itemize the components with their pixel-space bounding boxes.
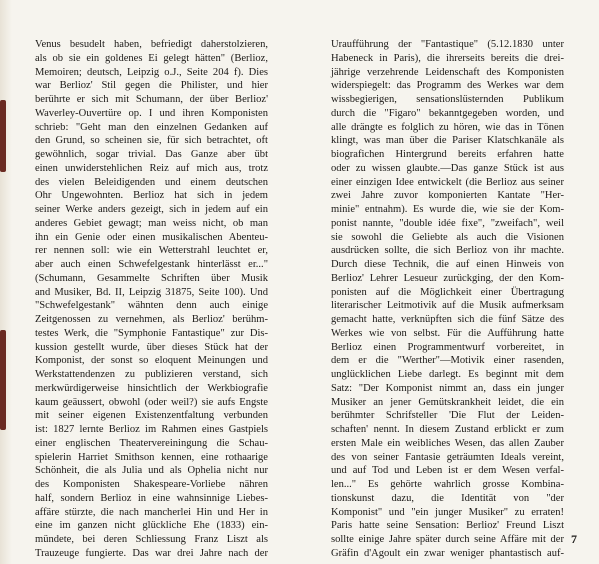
text-line: literarischer Leitmotivik auf die Musik … xyxy=(331,299,564,313)
text-line: Berlioz' Lehrer Lesueur zurückging, der … xyxy=(331,272,564,286)
text-line: gemacht hatte, verknüpften sich die fünf… xyxy=(331,313,564,327)
text-line: berühmter Schrifsteller 'Die Flut der Le… xyxy=(331,409,564,423)
text-line: ihn ein Genie oder einen musikalischen A… xyxy=(35,231,268,245)
text-line: kaum geäussert, obwohl (oder weil?) sie … xyxy=(35,396,268,410)
text-line: mündete, bei deren Schliessung Franz Lis… xyxy=(35,533,268,547)
text-line: Satz: "Der Komponist nimmt an, dass ein … xyxy=(331,382,564,396)
text-line: sollte einige Jahre später durch seine A… xyxy=(331,533,564,547)
text-line: tionskunst dazu, die Identität von "der xyxy=(331,492,564,506)
text-line: "Schwefelgestank" wähnten denn auch eini… xyxy=(35,299,268,313)
page-binding-edge xyxy=(0,0,12,564)
binding-mark xyxy=(0,330,6,430)
text-line: mit seiner eigenen Existenzentfaltung ve… xyxy=(35,409,268,423)
text-line: sie sowohl die Geliebte als auch die Vis… xyxy=(331,231,564,245)
text-line: Berlioz einen Programmentwurf vorbereite… xyxy=(331,341,564,355)
text-line: unglücklichen Liebe darlegt. Es beginnt … xyxy=(331,368,564,382)
text-line: durch die "Figaro" bekanntgegeben worden… xyxy=(331,107,564,121)
text-line: Schönheit, die als Julia und als Ophelia… xyxy=(35,464,268,478)
text-line: ist: 1827 lernte Berlioz im Rahmen eines… xyxy=(35,423,268,437)
text-line: zwei Jahre zuvor komponierten Kantate "H… xyxy=(331,189,564,203)
text-line: Komponist" und "ein junger Musiker" zu e… xyxy=(331,506,564,520)
text-line: des vielen Beleidigenden und einem deuts… xyxy=(35,176,268,190)
text-line: oder zu wissen glaubte.—Das ganze Stück … xyxy=(331,162,564,176)
text-line: minie" entnahm). Es wurde die, wie sie d… xyxy=(331,203,564,217)
text-line: testes Werk, die "Symphonie Fantastique"… xyxy=(35,327,268,341)
text-line: Ohr Ungewohnten. Berlioz hat sich in jed… xyxy=(35,189,268,203)
text-line: affäre stürzte, die nach mancherlei Hin … xyxy=(35,506,268,520)
text-line: biografichen Hintergrund bereits erfahre… xyxy=(331,148,564,162)
text-line: alle drängte es folglich zu hören, wie d… xyxy=(331,121,564,135)
text-line: Paris hatte seine Sensation: Berlioz' Fr… xyxy=(331,519,564,533)
text-line: Werkes wie von selbst. Für die Aufführun… xyxy=(331,327,564,341)
text-line: Waverley-Ouvertüre op. I und ihren Kompo… xyxy=(35,107,268,121)
text-line: und auf Tod und Leben ist er dem Wesen v… xyxy=(331,464,564,478)
text-line: schrieb: "Geht man den einzelnen Gedanke… xyxy=(35,121,268,135)
text-line: half, sondern Berlioz in eine wahnsinnig… xyxy=(35,492,268,506)
page-number: 7 xyxy=(571,532,577,547)
text-line: einen unwiderstehlichen Reiz auf mich au… xyxy=(35,162,268,176)
text-line: des von seiner Fantasie geträumten Ideal… xyxy=(331,451,564,465)
text-line: jährige verzehrende Leidenschaft des Kom… xyxy=(331,66,564,80)
text-line: Habeneck in Paris), die ihrerseits berei… xyxy=(331,52,564,66)
text-line: Uraufführung der "Fantastique" (5.12.183… xyxy=(331,38,564,52)
text-line: wissbegierigen, sensationslüsternden Pub… xyxy=(331,93,564,107)
text-line: aber auch einen Schwefelgestank hinterlä… xyxy=(35,258,268,272)
text-line: den Grund, so scheinen sie, für sich bet… xyxy=(35,134,268,148)
text-line: kussion gestellt wurde, über dieses Stüc… xyxy=(35,341,268,355)
text-line: Musiker an jener Gemütskrankheit leidet,… xyxy=(331,396,564,410)
text-line: dem er die "Werther"—Motivik einer rasen… xyxy=(331,354,564,368)
text-line: schaften' nennt. In diesem Zustand erbli… xyxy=(331,423,564,437)
text-line: Werkstattendenzen zu publizieren verstan… xyxy=(35,368,268,382)
binding-mark xyxy=(0,100,6,172)
right-text-column: Uraufführung der "Fantastique" (5.12.183… xyxy=(331,38,564,561)
text-line: eine im ganzen nicht glückliche Ehe (183… xyxy=(35,519,268,533)
text-line: spielerin Harriet Smithson kennen, eine … xyxy=(35,451,268,465)
text-line: Venus besudelt haben, befriedigt daherst… xyxy=(35,38,268,52)
text-line: Trauzeuge fungierte. Das war drei Jahre … xyxy=(35,547,268,561)
text-line: Durch diese Technik, die auf einen Hinwe… xyxy=(331,258,564,272)
text-line: ponisten auf die Möglichkeit einer Übert… xyxy=(331,286,564,300)
text-line: einer einzigen Idee entwickelt (die Berl… xyxy=(331,176,564,190)
text-line: merkwürdigerweise hinsichtlich der Werkb… xyxy=(35,382,268,396)
text-line: (Schumann, Gesammelte Schriften über Mus… xyxy=(35,272,268,286)
text-line: als ob sie ein goldenes Ei gelegt hätten… xyxy=(35,52,268,66)
text-line: berührte er sich mit Schumann, der über … xyxy=(35,93,268,107)
text-line: gewöhnlich, sogar trivial. Das Ganze abe… xyxy=(35,148,268,162)
text-line: Memoiren; deutsch, Leipzig o.J., Seite 2… xyxy=(35,66,268,80)
text-line: ausdrücken sollte, die sich Berlioz von … xyxy=(331,244,564,258)
text-line: rer nennen soll: wie ein Wetterstrahl le… xyxy=(35,244,268,258)
text-line: anderes Gebiet gewagt; man weiss nicht, … xyxy=(35,217,268,231)
text-line: des Komponisten Shakespeare-Vorliebe näh… xyxy=(35,478,268,492)
text-line: einer englischen Theatervereiningung die… xyxy=(35,437,268,451)
left-text-column: Venus besudelt haben, befriedigt daherst… xyxy=(35,38,268,561)
text-line: ponist nannte, "double idée fixe", "zwei… xyxy=(331,217,564,231)
text-line: war Berlioz' Stil gegen die Philister, u… xyxy=(35,79,268,93)
text-line: Zeitgenossen zu vernehmen, als Berlioz' … xyxy=(35,313,268,327)
text-line: Gräfin d'Agoult ein zwar weniger phantas… xyxy=(331,547,564,561)
text-line: klingt, was man über die Pariser Klatsch… xyxy=(331,134,564,148)
text-line: ersten Male ein weibliches Wesen, das al… xyxy=(331,437,564,451)
text-line: seiner Werke anders gezeigt, sich in jed… xyxy=(35,203,268,217)
text-line: and Musiker, Bd. II, Leipzig 31875, Seit… xyxy=(35,286,268,300)
text-line: Komponist, der sonst so eloquent Meinung… xyxy=(35,354,268,368)
text-line: len..." Es gehörte wahrlich grosse Kombi… xyxy=(331,478,564,492)
text-line: widerspiegelt: das Programm des Werkes w… xyxy=(331,79,564,93)
